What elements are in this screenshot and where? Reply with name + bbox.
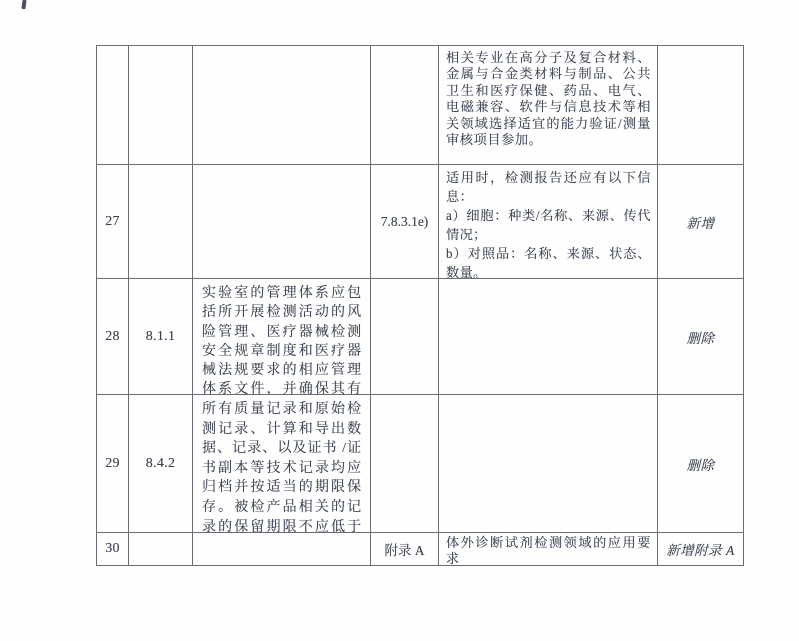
cell-row-no: 27: [97, 165, 128, 278]
cell-row-no: 28: [97, 279, 128, 394]
cell-clause: 8.4.2: [128, 395, 192, 532]
cell-requirement: 所有质量记录和原始检测记录、计算和导出数据、记录、以及证书 /证书副本等技术记录…: [192, 395, 370, 532]
table-row: 27 7.8.3.1e) 适用时，检测报告还应有以下信息： a）细胞：种类/名称…: [97, 164, 743, 278]
table-row: 30 附录 A 体外诊断试剂检测领域的应用要求 新增附录 A: [97, 532, 743, 565]
cell-requirement: 实验室的管理体系应包括所开展检测活动的风险管理、医疗器械检测安全规章制度和医疗器…: [192, 279, 370, 394]
cell-description: [438, 279, 657, 394]
cell-reference: [370, 46, 438, 164]
cell-requirement: [192, 46, 370, 164]
cell-change-status: 新增: [657, 165, 743, 278]
cell-row-no: 29: [97, 395, 128, 532]
cell-requirement: [192, 165, 370, 278]
cell-clause: [128, 533, 192, 565]
scan-artifact-mark: [21, 0, 26, 9]
cell-row-no: [97, 46, 128, 164]
cell-requirement: [192, 533, 370, 565]
cell-reference: [370, 279, 438, 394]
table-row: 29 8.4.2 所有质量记录和原始检测记录、计算和导出数据、记录、以及证书 /…: [97, 394, 743, 532]
revision-comparison-table: 相关专业在高分子及复合材料、金属与合金类材料与制品、公共卫生和医疗保健、药品、电…: [96, 45, 744, 566]
cell-clause: [128, 46, 192, 164]
cell-description: [438, 395, 657, 532]
table-row: 相关专业在高分子及复合材料、金属与合金类材料与制品、公共卫生和医疗保健、药品、电…: [97, 46, 743, 164]
cell-reference: [370, 395, 438, 532]
cell-change-status: 新增附录 A: [657, 533, 743, 565]
cell-row-no: 30: [97, 533, 128, 565]
cell-clause: 8.1.1: [128, 279, 192, 394]
table-row: 28 8.1.1 实验室的管理体系应包括所开展检测活动的风险管理、医疗器械检测安…: [97, 278, 743, 394]
cell-description: 相关专业在高分子及复合材料、金属与合金类材料与制品、公共卫生和医疗保健、药品、电…: [438, 46, 657, 164]
cell-reference: 附录 A: [370, 533, 438, 565]
cell-reference: 7.8.3.1e): [370, 165, 438, 278]
cell-description: 适用时，检测报告还应有以下信息： a）细胞：种类/名称、来源、传代情况； b）对…: [438, 165, 657, 278]
cell-description: 体外诊断试剂检测领域的应用要求: [438, 533, 657, 565]
cell-clause: [128, 165, 192, 278]
cell-change-status: 删除: [657, 395, 743, 532]
cell-change-status: 删除: [657, 279, 743, 394]
cell-change-status: [657, 46, 743, 164]
